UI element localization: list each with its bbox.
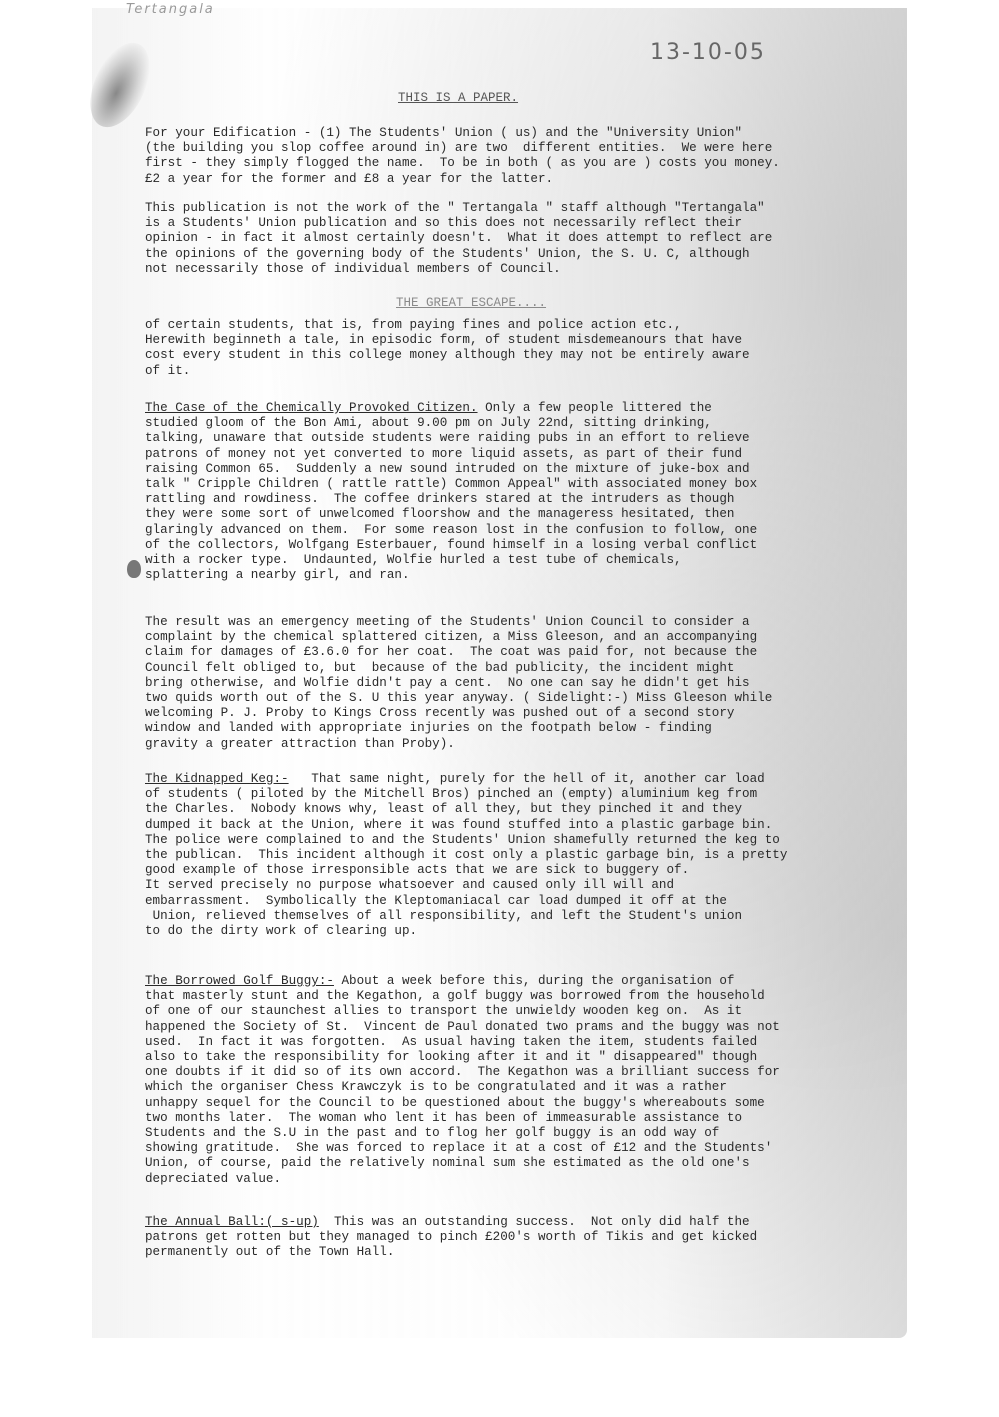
- episode-heading: The Kidnapped Keg:-: [145, 772, 289, 786]
- document-title: THIS IS A PAPER.: [398, 91, 518, 105]
- disclaimer-paragraph: This publication is not the work of the …: [145, 201, 835, 277]
- episode-borrowed-golf-buggy: The Borrowed Golf Buggy:- About a week b…: [145, 974, 835, 1187]
- punch-hole: [127, 560, 141, 578]
- episode-result: The result was an emergency meeting of t…: [145, 615, 835, 752]
- episode-heading: The Borrowed Golf Buggy:-: [145, 974, 334, 988]
- episode-heading: The Annual Ball:( s-up): [145, 1215, 319, 1229]
- episode-chemically-provoked-citizen: The Case of the Chemically Provoked Citi…: [145, 401, 835, 583]
- episode-body: Only a few people littered the studied g…: [145, 401, 757, 582]
- episode-body: About a week before this, during the org…: [145, 974, 780, 1186]
- handwritten-label: Tertangala: [126, 2, 215, 17]
- section-heading: THE GREAT ESCAPE....: [396, 296, 546, 310]
- episode-annual-ball: The Annual Ball:( s-up) This was an outs…: [145, 1215, 835, 1261]
- episode-body: That same night, purely for the hell of …: [145, 772, 787, 938]
- episode-heading: The Case of the Chemically Provoked Citi…: [145, 401, 478, 415]
- section-intro-paragraph: of certain students, that is, from payin…: [145, 318, 835, 379]
- episode-kidnapped-keg: The Kidnapped Keg:- That same night, pur…: [145, 772, 835, 939]
- handwritten-date: 13-10-05: [650, 40, 766, 65]
- intro-paragraph: For your Edification - (1) The Students'…: [145, 126, 835, 187]
- episode-body: The result was an emergency meeting of t…: [145, 615, 772, 751]
